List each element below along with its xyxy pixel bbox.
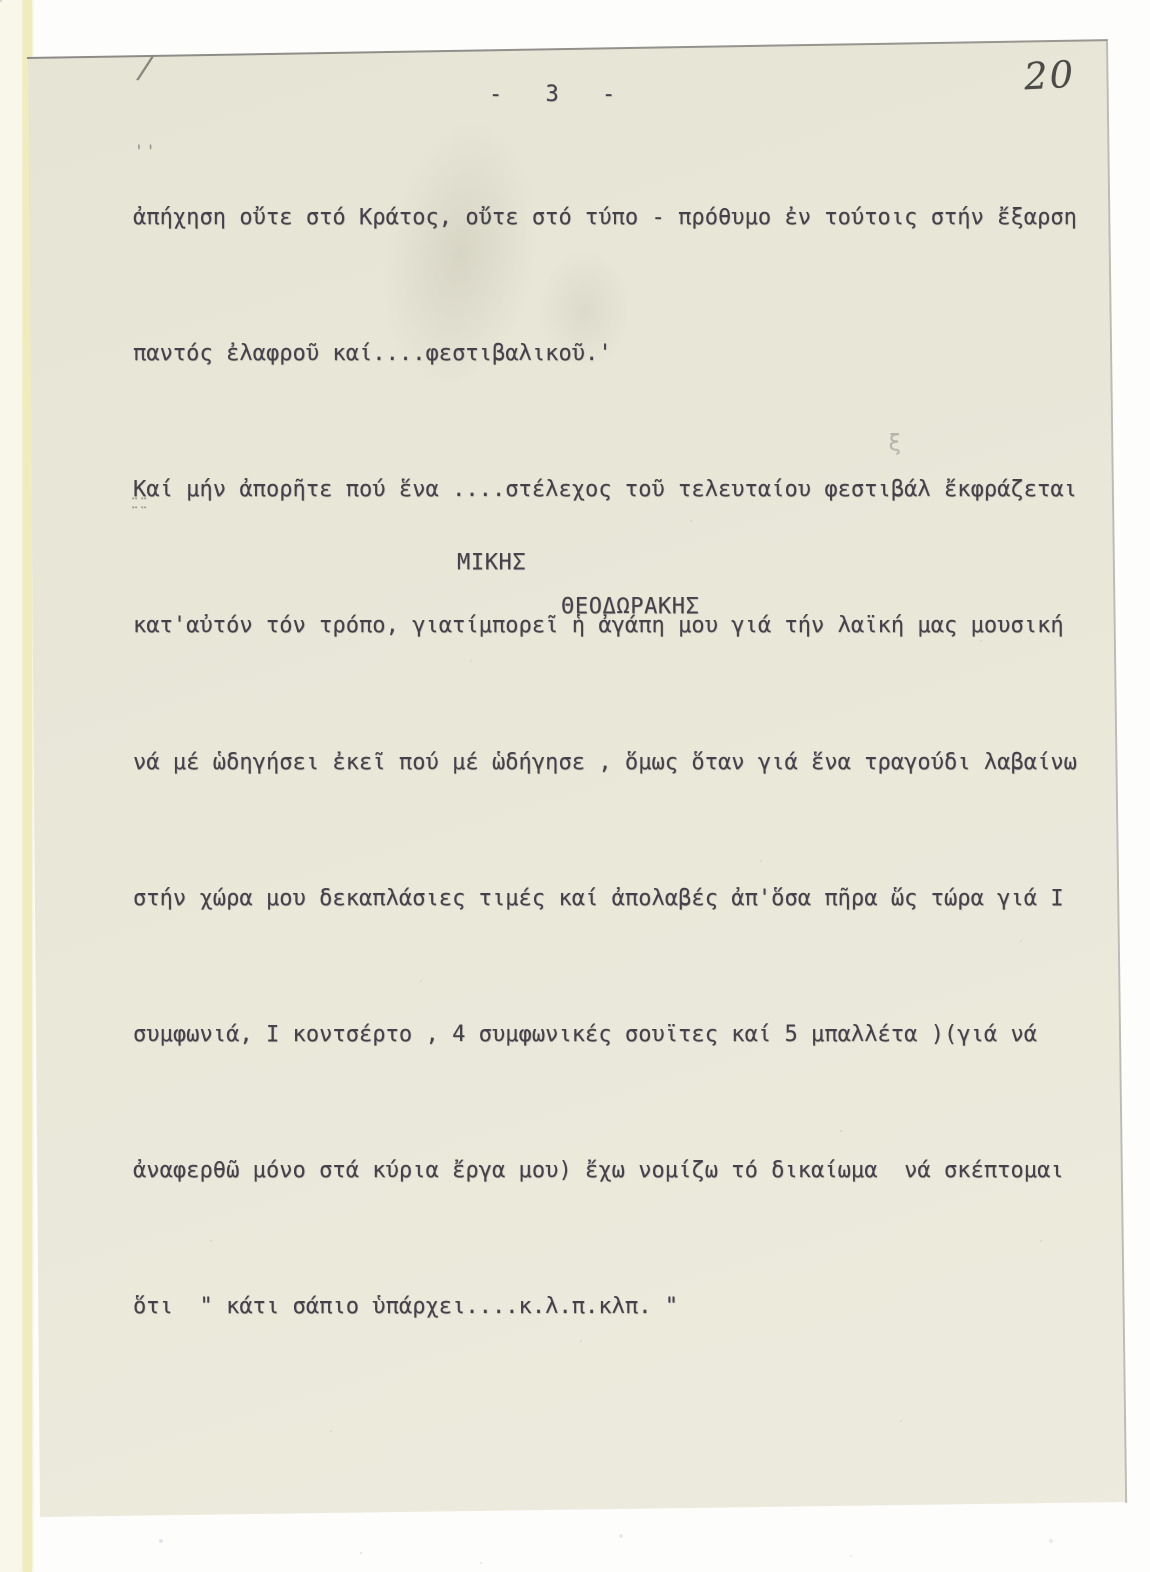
typewritten-line: νά μέ ὡδηγήσει ἐκεῖ πού μέ ὡδήγησε , ὅμω… bbox=[133, 740, 1077, 785]
typewritten-line: Καί μήν ἀπορῆτε πού ἕνα ....στέλεχος τοῦ… bbox=[133, 467, 1077, 512]
typewritten-line: στήν χώρα μου δεκαπλάσιες τιμές καί ἀπολ… bbox=[133, 876, 1077, 921]
scan-left-margin bbox=[0, 0, 23, 1572]
faded-overstrike-char: ξ bbox=[888, 421, 901, 466]
typewritten-line: συμφωνιά, Ι κοντσέρτο , 4 συμφωνικές σου… bbox=[133, 1012, 1077, 1057]
letter-body: ἀπήχηση οὔτε στό Κράτος, οὔτε στό τύπο -… bbox=[133, 104, 1077, 1421]
typewritten-line: ἀναφερθῶ μόνο στά κύρια ἔργα μου) ἔχω νο… bbox=[133, 1148, 1077, 1193]
typewritten-line: παντός ἐλαφροῦ καί....φεστιβαλικοῦ.' bbox=[133, 331, 1077, 376]
typewritten-line: ἀπήχηση οὔτε στό Κράτος, οὔτε στό τύπο -… bbox=[133, 195, 1077, 240]
signature-first-name: ΜΙΚΗΣ bbox=[457, 546, 526, 580]
stray-ink-dots: ¨¨ ¨¨ bbox=[130, 500, 156, 518]
stray-ink-ticks: '' bbox=[134, 143, 157, 159]
typewritten-line: ὅτι " κάτι σάπιο ὑπάρχει....κ.λ.π.κλπ. " bbox=[133, 1284, 1077, 1329]
signature-last-name: ΘΕΟΔΩΡΑΚΗΣ bbox=[561, 590, 699, 624]
handwritten-page-number: 20 bbox=[1023, 53, 1076, 99]
scanner-background-noise bbox=[0, 0, 2, 2]
scanned-page: - 3 - 20 / ἀπήχηση οὔτε στό Κράτος, οὔτε… bbox=[0, 0, 1150, 1572]
